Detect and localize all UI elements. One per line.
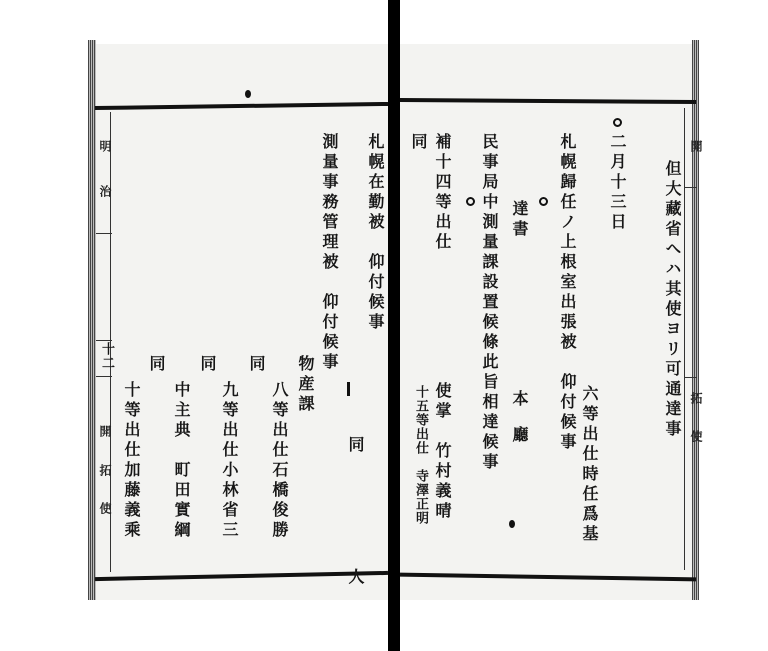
right-inner-border xyxy=(684,108,685,570)
right-margin-label: 拓 xyxy=(688,392,705,404)
book-spine xyxy=(388,0,400,651)
text-column: 測量事務管理被 仰付候事 xyxy=(320,133,338,373)
ink-spot xyxy=(509,520,515,528)
date-heading: 二月十三日 xyxy=(608,133,626,233)
circle-marker xyxy=(466,197,475,206)
left-margin-label: 使 xyxy=(97,502,114,514)
text-column: 同 xyxy=(198,355,216,375)
left-margin-label: 治 xyxy=(97,185,114,197)
left-page-edge xyxy=(88,40,96,600)
section-heading: 物産課 xyxy=(296,355,314,415)
left-margin-divider-3 xyxy=(96,376,112,377)
text-column: 民事局中測量課設置候條此旨相達候事 xyxy=(480,133,498,473)
left-margin-label: 拓 xyxy=(97,464,114,476)
text-column: 八等出仕石橋俊勝 xyxy=(270,381,288,541)
text-column: 札幌在勤被 仰付候事 xyxy=(366,133,384,333)
left-margin-divider-2 xyxy=(96,340,112,341)
text-column: 中主典 町田實綱 xyxy=(172,381,190,541)
right-margin-label: 開 xyxy=(688,140,705,152)
right-page-edge xyxy=(692,40,699,600)
ink-spot xyxy=(245,90,251,98)
text-column: 同 xyxy=(147,355,165,375)
circle-marker xyxy=(539,197,548,206)
text-column: 同 xyxy=(247,355,265,375)
left-margin-divider-1 xyxy=(96,233,112,234)
text-column: 本廳 xyxy=(510,390,528,462)
text-column: 十等出仕加藤義乘 xyxy=(122,381,140,541)
text-column: 補十四等出仕 xyxy=(433,133,451,253)
text-column: 札幌歸任ノ上根室出張被 仰付候事 xyxy=(558,133,576,453)
text-column: 達書 xyxy=(510,200,528,240)
left-margin-label: 明 xyxy=(97,140,114,152)
text-column: 同 xyxy=(409,133,427,153)
text-column: 十五等出仕 寺澤正明 xyxy=(411,385,429,525)
text-column: 六等出仕時任爲基 xyxy=(580,385,598,545)
right-margin-divider-1 xyxy=(685,187,697,188)
left-margin-label: 開 xyxy=(97,425,114,437)
page-number: 十二 xyxy=(97,342,115,370)
right-margin-divider-2 xyxy=(685,377,697,378)
text-column: 九等出仕小林省三 xyxy=(220,381,238,541)
circle-marker xyxy=(613,118,622,127)
right-margin-label: 使 xyxy=(688,430,705,442)
text-column: 但大藏省へハ其使ヨリ可通達事 xyxy=(663,160,681,440)
text-column: 同 人 xyxy=(346,436,364,634)
ink-mark xyxy=(347,382,350,396)
text-column: 使掌 竹村義晴 xyxy=(433,382,451,522)
